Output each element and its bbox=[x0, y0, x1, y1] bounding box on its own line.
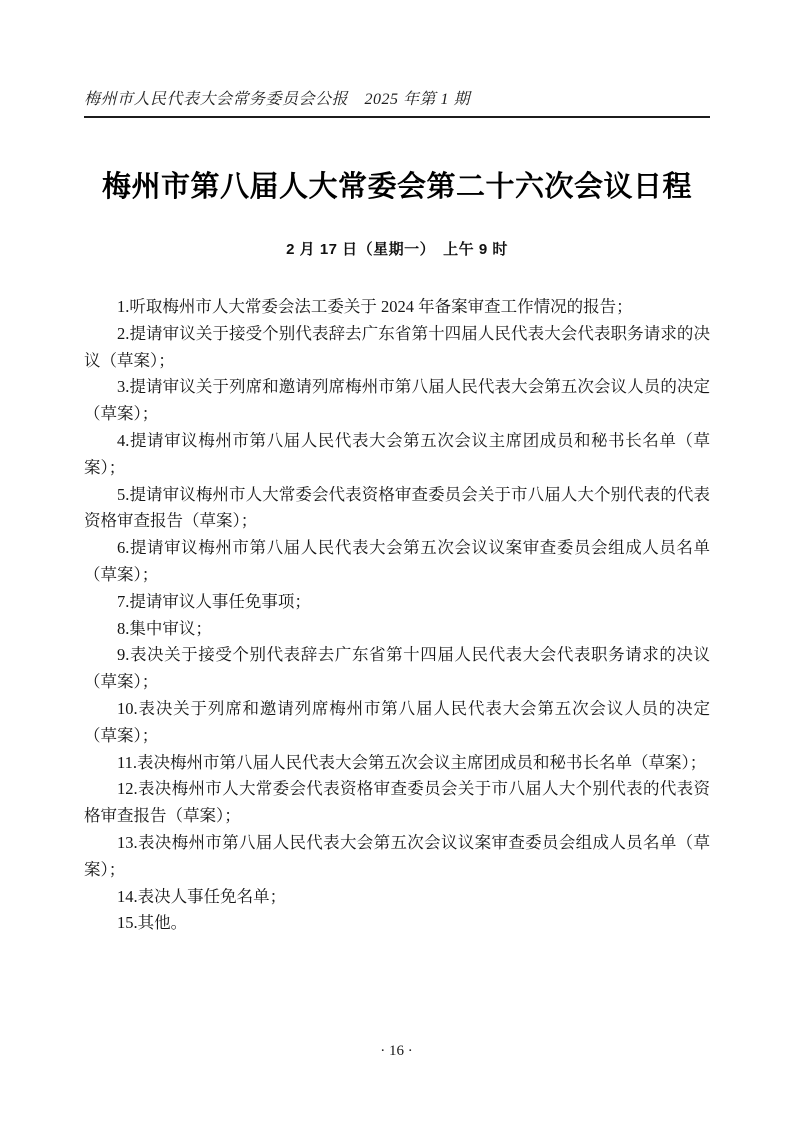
agenda-item-3: 3.提请审议关于列席和邀请列席梅州市第八届人民代表大会第五次会议人员的决定（草案… bbox=[84, 374, 710, 428]
agenda-item-10: 10.表决关于列席和邀请列席梅州市第八届人民代表大会第五次会议人员的决定（草案）… bbox=[84, 696, 710, 750]
agenda-item-8: 8.集中审议； bbox=[84, 616, 710, 643]
agenda-item-14: 14.表决人事任免名单； bbox=[84, 884, 710, 911]
bulletin-page: 梅州市人民代表大会常务委员会公报 2025 年第 1 期 梅州市第八届人大常委会… bbox=[0, 0, 793, 1122]
document-title: 梅州市第八届人大常委会第二十六次会议日程 bbox=[84, 169, 710, 205]
running-header-text: 梅州市人民代表大会常务委员会公报 2025 年第 1 期 bbox=[84, 91, 470, 108]
agenda-item-15: 15.其他。 bbox=[84, 910, 710, 937]
agenda-item-2: 2.提请审议关于接受个别代表辞去广东省第十四届人民代表大会代表职务请求的决议（草… bbox=[84, 321, 710, 375]
agenda-item-1: 1.听取梅州市人大常委会法工委关于 2024 年备案审查工作情况的报告； bbox=[84, 294, 710, 321]
page-content: 梅州市人民代表大会常务委员会公报 2025 年第 1 期 梅州市第八届人大常委会… bbox=[84, 0, 710, 937]
agenda-item-6: 6.提请审议梅州市第八届人民代表大会第五次会议议案审查委员会组成人员名单（草案）… bbox=[84, 535, 710, 589]
agenda-item-13: 13.表决梅州市第八届人民代表大会第五次会议议案审查委员会组成人员名单（草案）； bbox=[84, 830, 710, 884]
page-number: · 16 · bbox=[0, 1043, 793, 1060]
agenda-item-12: 12.表决梅州市人大常委会代表资格审查委员会关于市八届人大个别代表的代表资格审查… bbox=[84, 776, 710, 830]
agenda-item-4: 4.提请审议梅州市第八届人民代表大会第五次会议主席团成员和秘书长名单（草案）； bbox=[84, 428, 710, 482]
agenda-item-5: 5.提请审议梅州市人大常委会代表资格审查委员会关于市八届人大个别代表的代表资格审… bbox=[84, 482, 710, 536]
meeting-datetime: 2 月 17 日（星期一） 上午 9 时 bbox=[84, 238, 710, 259]
agenda-item-9: 9.表决关于接受个别代表辞去广东省第十四届人民代表大会代表职务请求的决议（草案）… bbox=[84, 642, 710, 696]
agenda-list: 1.听取梅州市人大常委会法工委关于 2024 年备案审查工作情况的报告； 2.提… bbox=[84, 294, 710, 937]
agenda-item-11: 11.表决梅州市第八届人民代表大会第五次会议主席团成员和秘书长名单（草案）； bbox=[84, 750, 710, 777]
agenda-item-7: 7.提请审议人事任免事项； bbox=[84, 589, 710, 616]
running-header: 梅州市人民代表大会常务委员会公报 2025 年第 1 期 bbox=[84, 91, 710, 118]
